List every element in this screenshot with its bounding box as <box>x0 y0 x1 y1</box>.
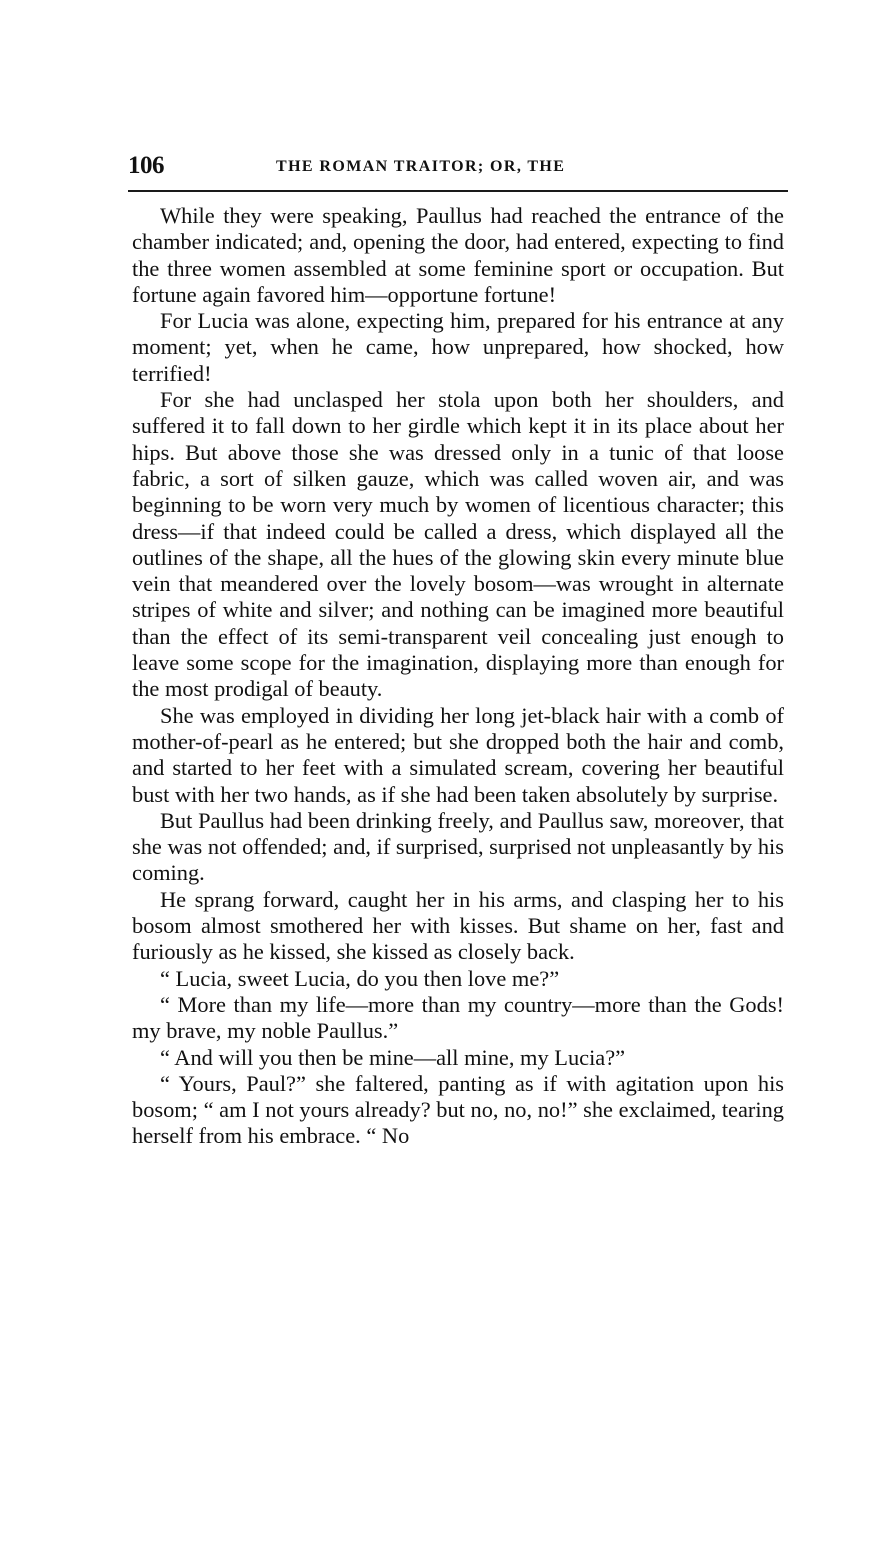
dialogue-line: “ Lucia, sweet Lucia, do you then love m… <box>132 966 784 992</box>
paragraph: For Lucia was alone, expecting him, prep… <box>132 308 784 387</box>
paragraph: While they were speaking, Paullus had re… <box>132 203 784 308</box>
dialogue-line: “ More than my life—more than my country… <box>132 992 784 1045</box>
dialogue-line: “ And will you then be mine—all mine, my… <box>132 1045 784 1071</box>
paragraph: But Paullus had been drinking freely, an… <box>132 808 784 887</box>
header-rule <box>128 190 788 192</box>
running-head: 106 THE ROMAN TRAITOR; OR, THE <box>132 152 784 186</box>
paragraph: For she had unclasped her stola upon bot… <box>132 387 784 703</box>
body-text: While they were speaking, Paullus had re… <box>132 203 784 1150</box>
book-page: 106 THE ROMAN TRAITOR; OR, THE While the… <box>132 152 784 186</box>
page-number: 106 <box>128 152 164 180</box>
paragraph: He sprang forward, caught her in his arm… <box>132 887 784 966</box>
running-title: THE ROMAN TRAITOR; OR, THE <box>276 158 565 176</box>
paragraph: She was employed in dividing her long je… <box>132 703 784 808</box>
dialogue-line: “ Yours, Paul?” she faltered, panting as… <box>132 1071 784 1150</box>
